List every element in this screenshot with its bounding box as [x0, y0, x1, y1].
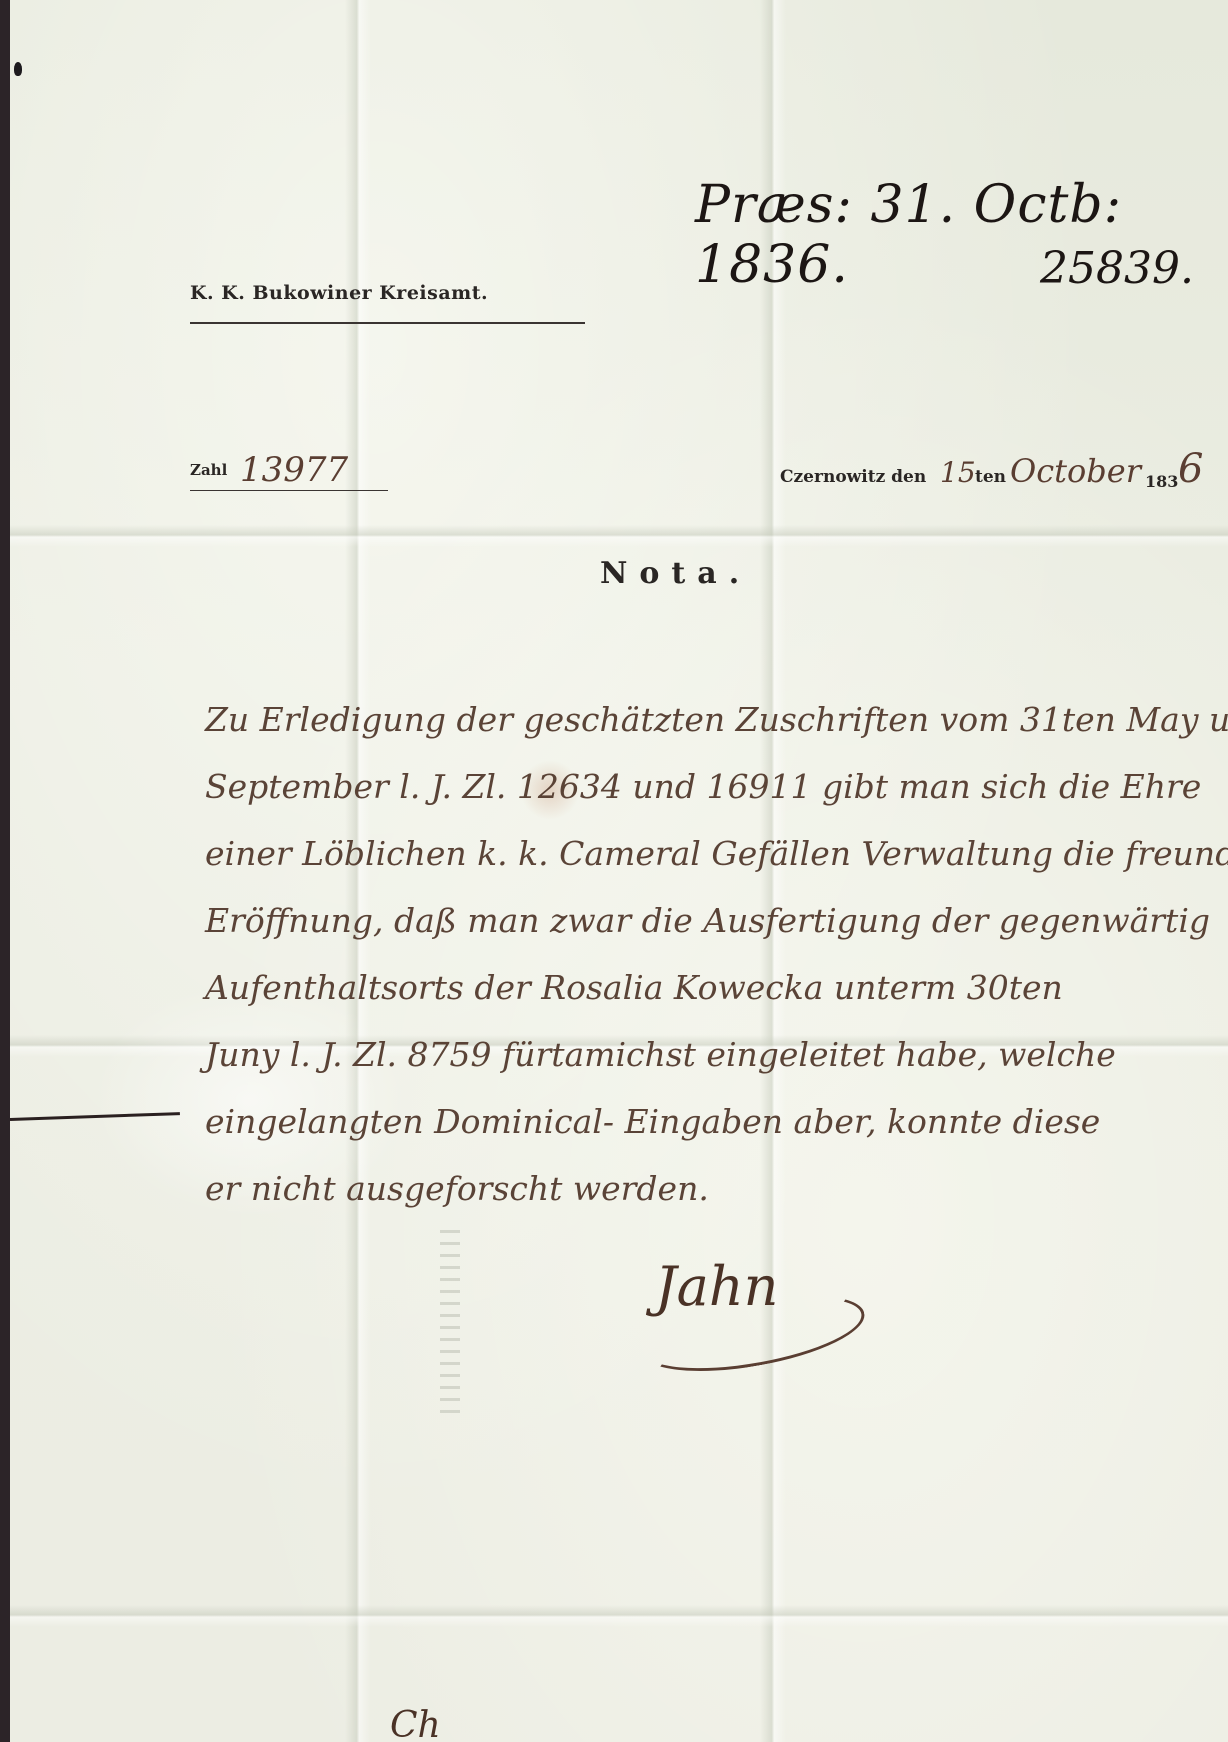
- horizontal-fold: [10, 525, 1228, 547]
- bottom-fragment: Ch: [390, 1705, 441, 1742]
- document-title: Nota.: [600, 556, 751, 591]
- number-label: Zahl: [190, 461, 227, 479]
- scan-left-edge: [0, 0, 10, 1742]
- dateline-year-printed: 183: [1145, 472, 1178, 491]
- horizontal-fold: [10, 1605, 1228, 1627]
- office-underline: [190, 322, 585, 324]
- number-underline: [190, 490, 388, 491]
- number-value: 13977: [240, 450, 348, 490]
- registry-number: 25839.: [1040, 243, 1194, 294]
- dateline-place: Czernowitz den: [780, 467, 926, 487]
- body-line: Eröffnung, daß man zwar die Ausfertigung…: [205, 901, 1225, 968]
- body-line: eingelangten Dominical- Eingaben aber, k…: [205, 1102, 1225, 1169]
- dateline-month: October: [1010, 452, 1141, 490]
- embossed-seal: [440, 1230, 460, 1420]
- body-line: Juny l. J. Zl. 8759 fürtamichst eingelei…: [205, 1035, 1225, 1102]
- body-line: Aufenthaltsorts der Rosalia Kowecka unte…: [205, 968, 1225, 1035]
- body-line: er nicht ausgeforscht werden.: [205, 1169, 1225, 1236]
- body-line: September l. J. Zl. 12634 und 16911 gibt…: [205, 767, 1225, 834]
- dateline-year-handwritten: 6: [1178, 446, 1203, 492]
- paper-hole: [14, 62, 22, 76]
- dateline-day-suffix: ten: [975, 467, 1006, 487]
- dateline-day: 15: [940, 456, 976, 489]
- letter-body: Zu Erledigung der geschätzten Zuschrifte…: [205, 700, 1225, 1236]
- body-line: einer Löblichen k. k. Cameral Gefällen V…: [205, 834, 1225, 901]
- office-heading: K. K. Bukowiner Kreisamt.: [190, 282, 488, 304]
- body-line: Zu Erledigung der geschätzten Zuschrifte…: [205, 700, 1225, 767]
